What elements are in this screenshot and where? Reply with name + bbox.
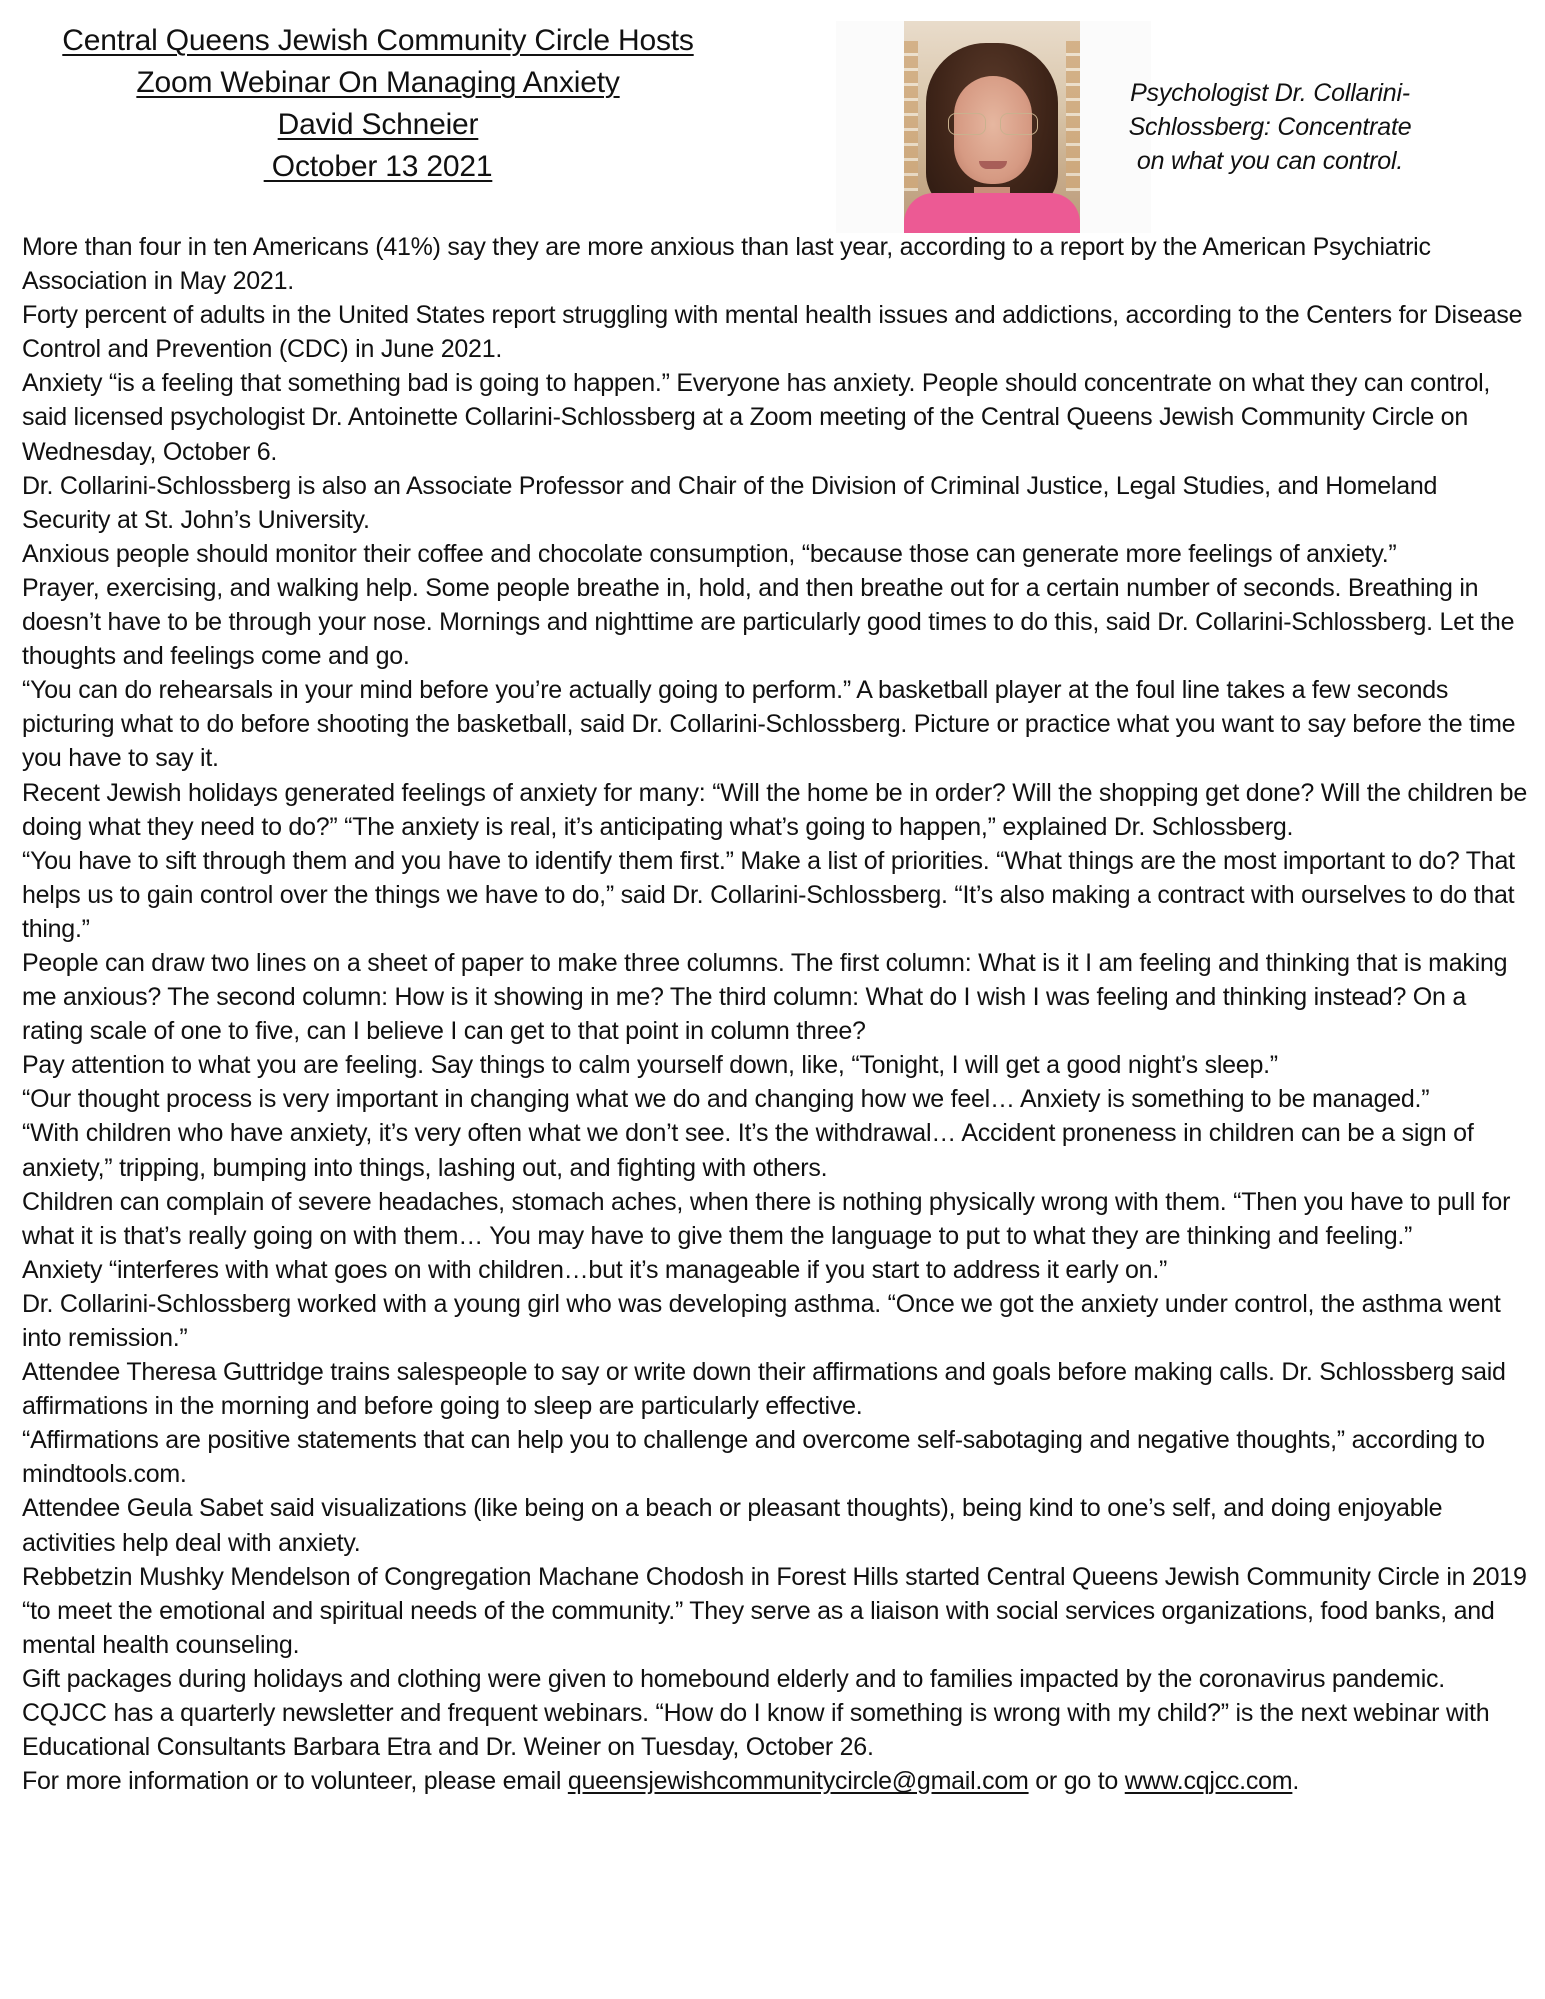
paragraph: “You can do rehearsals in your mind befo… bbox=[22, 673, 1527, 775]
photo-shirt bbox=[904, 193, 1080, 233]
headline-line-1: Central Queens Jewish Community Circle H… bbox=[20, 20, 736, 62]
closing-middle: or go to bbox=[1029, 1767, 1125, 1795]
paragraph: Attendee Theresa Guttridge trains salesp… bbox=[22, 1355, 1527, 1423]
paragraph: “You have to sift through them and you h… bbox=[22, 844, 1527, 946]
paragraph: Anxious people should monitor their coff… bbox=[22, 537, 1527, 571]
email-link[interactable]: queensjewishcommunitycircle@gmail.com bbox=[568, 1767, 1029, 1795]
paragraph: “Our thought process is very important i… bbox=[22, 1082, 1527, 1116]
photo-glasses bbox=[948, 113, 1038, 135]
paragraph: “With children who have anxiety, it’s ve… bbox=[22, 1116, 1527, 1184]
paragraph: Gift packages during holidays and clothi… bbox=[22, 1662, 1527, 1696]
photo-mouth bbox=[979, 161, 1007, 169]
publication-date: October 13 2021 bbox=[20, 146, 736, 188]
paragraph: Recent Jewish holidays generated feeling… bbox=[22, 776, 1527, 844]
caption-line-2: Schlossberg: Concentrate bbox=[1090, 110, 1450, 144]
paragraph: Anxiety “is a feeling that something bad… bbox=[22, 366, 1527, 468]
article-title: Central Queens Jewish Community Circle H… bbox=[20, 20, 736, 188]
paragraph: Rebbetzin Mushky Mendelson of Congregati… bbox=[22, 1560, 1527, 1662]
paragraph: CQJCC has a quarterly newsletter and fre… bbox=[22, 1696, 1527, 1764]
closing-prefix: For more information or to volunteer, pl… bbox=[22, 1767, 568, 1795]
caption-line-3: on what you can control. bbox=[1090, 144, 1450, 178]
author-byline: David Schneier bbox=[20, 104, 736, 146]
paragraph: “Affirmations are positive statements th… bbox=[22, 1423, 1527, 1491]
photo-caption: Psychologist Dr. Collarini- Schlossberg:… bbox=[1090, 76, 1450, 178]
paragraph: People can draw two lines on a sheet of … bbox=[22, 946, 1527, 1048]
headline-line-2: Zoom Webinar On Managing Anxiety bbox=[20, 62, 736, 104]
paragraph: Children can complain of severe headache… bbox=[22, 1185, 1527, 1253]
closing-suffix: . bbox=[1292, 1767, 1299, 1795]
paragraph: Anxiety “interferes with what goes on wi… bbox=[22, 1253, 1527, 1287]
paragraph: More than four in ten Americans (41%) sa… bbox=[22, 230, 1527, 298]
paragraph: Attendee Geula Sabet said visualizations… bbox=[22, 1491, 1527, 1559]
photo-background-left bbox=[904, 41, 918, 191]
photo-background-right bbox=[1066, 41, 1080, 191]
article-header: Central Queens Jewish Community Circle H… bbox=[0, 0, 1545, 235]
paragraph: Prayer, exercising, and walking help. So… bbox=[22, 571, 1527, 673]
paragraph: Pay attention to what you are feeling. S… bbox=[22, 1048, 1527, 1082]
website-link[interactable]: www.cqjcc.com bbox=[1125, 1767, 1293, 1795]
article-body: More than four in ten Americans (41%) sa… bbox=[22, 230, 1527, 1798]
paragraph: Forty percent of adults in the United St… bbox=[22, 298, 1527, 366]
paragraph: Dr. Collarini-Schlossberg worked with a … bbox=[22, 1287, 1527, 1355]
closing-paragraph: For more information or to volunteer, pl… bbox=[22, 1764, 1527, 1798]
caption-line-1: Psychologist Dr. Collarini- bbox=[1090, 76, 1450, 110]
psychologist-photo bbox=[904, 21, 1080, 233]
paragraph: Dr. Collarini-Schlossberg is also an Ass… bbox=[22, 469, 1527, 537]
